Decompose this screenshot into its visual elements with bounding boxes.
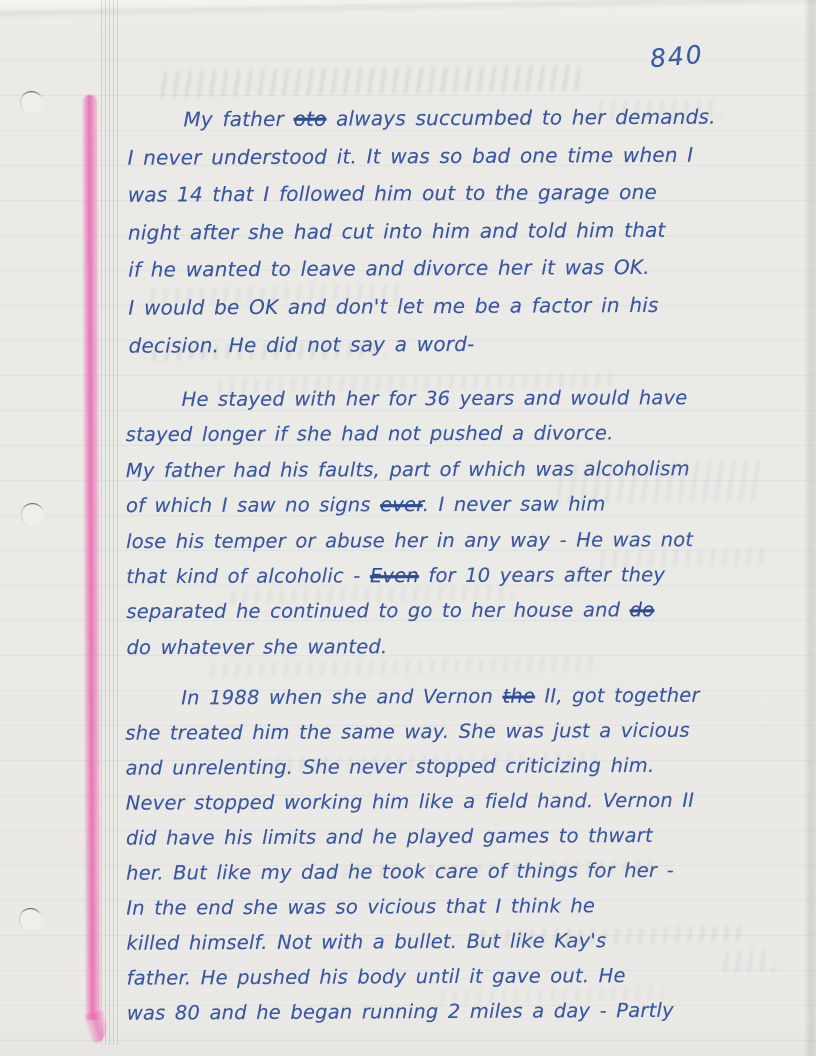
handwritten-line: My father oto always succumbed to her de… — [127, 98, 767, 139]
crossed-out-word: do — [630, 599, 655, 622]
handwritten-line: was 14 that I followed him out to the ga… — [128, 174, 768, 215]
crossed-out-word: ever — [380, 493, 423, 516]
handwritten-line: separated he continued to go to her hous… — [126, 592, 766, 630]
handwritten-text: Never stopped working him like a field h… — [126, 789, 695, 815]
handwritten-line: He stayed with her for 36 years and woul… — [126, 380, 766, 418]
handwritten-text: stayed longer if she had not pushed a di… — [126, 422, 614, 447]
crossed-out-word: oto — [294, 107, 327, 131]
paragraph: In 1988 when she and Vernon the II, got … — [125, 677, 767, 1030]
handwritten-text: that kind of alcoholic - — [126, 564, 370, 588]
handwritten-line: My father had his faults, part of which … — [126, 451, 766, 489]
handwritten-line: killed himself. Not with a bullet. But l… — [126, 922, 766, 960]
handwritten-text: My father had his faults, part of which … — [126, 457, 690, 482]
handwritten-text: of which I saw no signs — [126, 493, 380, 517]
handwritten-text: father. He pushed his body until it gave… — [127, 964, 626, 990]
handwritten-text: In the end she was so vicious that I thi… — [126, 894, 595, 919]
crossed-out-word: Even — [370, 564, 419, 587]
handwritten-line: that kind of alcoholic - Even for 10 yea… — [126, 557, 766, 595]
handwritten-line: I never understood it. It was so bad one… — [128, 136, 768, 177]
handwritten-line: decision. He did not say a word- — [128, 324, 768, 365]
handwritten-text: I would be OK and don't let me be a fact… — [128, 293, 658, 320]
handwritten-text: killed himself. Not with a bullet. But l… — [126, 929, 606, 955]
handwritten-text: He stayed with her for 36 years and woul… — [182, 386, 688, 411]
handwritten-text: her. But like my dad he took care of thi… — [126, 859, 674, 885]
handwritten-line: Never stopped working him like a field h… — [126, 782, 766, 820]
handwritten-text: was 14 that I followed him out to the ga… — [128, 180, 657, 207]
margin-rule-line — [101, 0, 118, 1045]
handwritten-line: In the end she was so vicious that I thi… — [126, 887, 766, 925]
bleed-through-ghost-text — [160, 64, 580, 97]
handwritten-text: did have his limits and he played games … — [126, 824, 653, 850]
handwritten-text: . I never saw him — [423, 493, 606, 517]
scan-right-edge — [804, 0, 816, 1056]
handwritten-line: In 1988 when she and Vernon the II, got … — [125, 677, 765, 715]
handwritten-text: was 80 and he began running 2 miles a da… — [127, 999, 674, 1025]
punch-hole — [20, 91, 43, 114]
pink-highlighter-stroke — [82, 95, 100, 1020]
handwritten-text: lose his temper or abuse her in any way … — [126, 528, 693, 553]
handwritten-line: do whatever she wanted. — [126, 628, 766, 666]
crossed-out-word: the — [502, 685, 535, 708]
handwritten-line: her. But like my dad he took care of thi… — [126, 852, 766, 890]
scan-top-edge — [0, 0, 816, 22]
handwritten-line: was 80 and he began running 2 miles a da… — [127, 992, 767, 1030]
scan-bottom-edge — [0, 1044, 816, 1056]
handwritten-line: and unrelenting. She never stopped criti… — [125, 747, 765, 785]
handwritten-text: and unrelenting. She never stopped criti… — [125, 754, 654, 780]
handwritten-text: night after she had cut into him and tol… — [128, 218, 666, 245]
handwritten-text: do whatever she wanted. — [126, 635, 387, 659]
handwritten-line: lose his temper or abuse her in any way … — [126, 522, 766, 560]
handwritten-line: if he wanted to leave and divorce her it… — [128, 249, 768, 290]
paragraph: My father oto always succumbed to her de… — [127, 98, 768, 365]
handwritten-line: I would be OK and don't let me be a fact… — [128, 286, 768, 327]
handwritten-line: stayed longer if she had not pushed a di… — [126, 415, 766, 453]
handwritten-text: she treated him the same way. She was ju… — [125, 719, 690, 745]
handwritten-text: I never understood it. It was so bad one… — [128, 142, 694, 169]
handwritten-line: she treated him the same way. She was ju… — [125, 712, 765, 750]
paragraph: He stayed with her for 36 years and woul… — [126, 380, 767, 665]
handwritten-line: of which I saw no signs ever. I never sa… — [126, 486, 766, 524]
page-number: 840 — [649, 40, 705, 74]
punch-hole — [21, 503, 44, 526]
handwritten-text: My father — [183, 107, 293, 132]
handwritten-text: if he wanted to leave and divorce her it… — [128, 255, 650, 282]
handwritten-text: In 1988 when she and Vernon — [181, 685, 502, 710]
punch-hole — [19, 908, 42, 931]
scanned-notebook-page: 840 My father oto always succumbed to he… — [0, 0, 816, 1056]
handwritten-line: father. He pushed his body until it gave… — [127, 957, 767, 995]
handwritten-text: II, got together — [535, 684, 700, 708]
handwritten-line: did have his limits and he played games … — [126, 817, 766, 855]
handwritten-line: night after she had cut into him and tol… — [128, 211, 768, 252]
handwritten-text: always succumbed to her demands. — [326, 105, 715, 131]
handwritten-text: separated he continued to go to her hous… — [126, 599, 629, 624]
handwritten-text: for 10 years after they — [419, 563, 665, 587]
handwritten-text: decision. He did not say a word- — [129, 331, 475, 357]
